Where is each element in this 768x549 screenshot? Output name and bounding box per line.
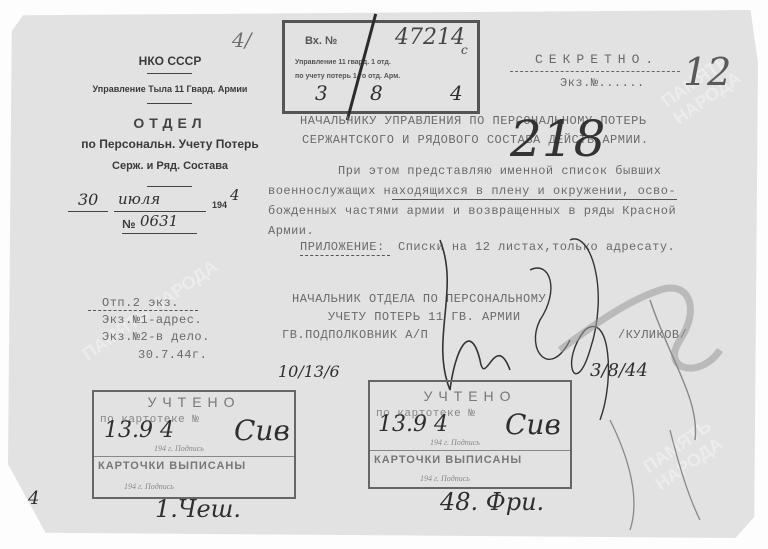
letterhead-dept-line1: по Персональн. Учету Потерь: [60, 137, 280, 151]
distribution-line3: Экз.№2-в дело.: [102, 330, 210, 344]
distribution-line1: Отп.2 экз.: [102, 296, 179, 310]
letterhead-directorate: Управление Тыла 11 Гвард. Армии: [60, 84, 280, 94]
accounted-stamp-2: УЧТЕНО по картотеке № 13.9 4 Сив 194 г. …: [368, 380, 572, 489]
incoming-registration-stamp: Вх. № 47214 с Управление 11 гвард. 1 отд…: [282, 20, 480, 114]
letterhead-org: НКО СССР: [60, 54, 280, 68]
handwritten-batch-number: 10/13/6: [278, 362, 340, 381]
distribution-date: 30.7.44г.: [138, 348, 207, 362]
handwritten-margin-note: 4/: [232, 28, 251, 52]
handwritten-registration-number: 218: [510, 110, 605, 168]
accounted-stamp-1: УЧТЕНО по картотеке № 13.9 4 Сив 194 г. …: [92, 390, 296, 499]
handwritten-sheet-number: 12: [683, 50, 731, 94]
classification-label: СЕКРЕТНО.: [535, 52, 659, 67]
copy-number: Экз.№......: [560, 76, 645, 90]
handwritten-bottom-left: 1.Чеш.: [155, 495, 241, 523]
handwritten-bottom-mid: 48. Фри.: [440, 488, 544, 516]
handwritten-left-note: 4: [28, 488, 39, 509]
distribution-line2: Экз.№1-адрес.: [102, 313, 202, 327]
letterhead-department: ОТДЕЛ: [60, 115, 280, 131]
letterhead-dept-line2: Серж. и Ряд. Состава: [60, 160, 280, 172]
